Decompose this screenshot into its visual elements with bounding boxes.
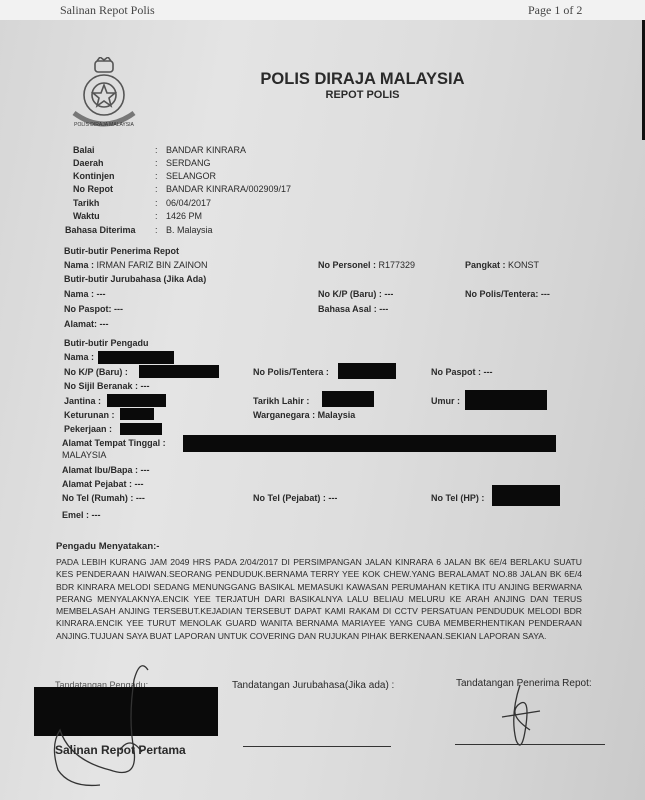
meta-colon: : (155, 211, 158, 221)
pengadu-signature-icon (30, 660, 150, 790)
meta-colon: : (155, 225, 158, 235)
complainant-pekerjaan-label: Pekerjaan : (64, 424, 112, 435)
meta-value: BANDAR KINRARA/002909/17 (166, 184, 291, 194)
interpreter-paspot: No Paspot: --- (64, 304, 123, 315)
complainant-name-label: Nama : (64, 352, 94, 363)
receiver-pangkat: Pangkat : KONST (465, 260, 539, 271)
penerima-signature-icon (500, 685, 550, 755)
redacted-tel-hp (492, 485, 560, 506)
complainant-alamat-ibubapa: Alamat Ibu/Bapa : --- (62, 465, 150, 476)
complainant-alamat-label: Alamat Tempat Tinggal : (62, 438, 166, 449)
meta-value: SERDANG (166, 158, 211, 168)
field-label: No Personel : (318, 260, 376, 270)
redacted-address (183, 435, 556, 452)
redacted-dob (322, 391, 374, 407)
meta-value: 06/04/2017 (166, 198, 211, 208)
field-label: Nama : (64, 260, 94, 270)
complainant-heading: Butir-butir Pengadu (64, 338, 149, 349)
complainant-sijil: No Sijil Beranak : --- (64, 381, 150, 392)
complainant-warganegara: Warganegara : Malaysia (253, 410, 355, 421)
complainant-tel-rumah: No Tel (Rumah) : --- (62, 493, 145, 504)
police-report-page: Salinan Repot Polis Page 1 of 2 POLIS DI… (0, 0, 645, 800)
meta-label: Kontinjen (73, 171, 115, 181)
meta-label: Tarikh (73, 198, 99, 208)
complainant-alamat-pejabat: Alamat Pejabat : --- (62, 479, 144, 490)
meta-label: Waktu (73, 211, 100, 221)
meta-value: 1426 PM (166, 211, 202, 221)
field-value: KONST (508, 260, 539, 270)
page-number: Page 1 of 2 (528, 3, 582, 18)
complainant-jantina-label: Jantina : (64, 396, 101, 407)
redacted-pekerjaan (120, 423, 162, 435)
complainant-umur-label: Umur : (431, 396, 460, 407)
redacted-keturunan (120, 408, 154, 420)
complainant-keturunan-label: Keturunan : (64, 410, 115, 421)
receiver-heading: Butir-butir Penerima Repot (64, 246, 179, 257)
redacted-kp (139, 365, 219, 378)
meta-colon: : (155, 184, 158, 194)
meta-value: SELANGOR (166, 171, 216, 181)
field-label: Pangkat : (465, 260, 506, 270)
interpreter-polis: No Polis/Tentera: --- (465, 289, 550, 300)
statement-heading: Pengadu Menyatakan:- (56, 541, 159, 552)
statement-text: PADA LEBIH KURANG JAM 2049 HRS PADA 2/04… (56, 556, 582, 642)
redacted-polis (338, 363, 396, 379)
complainant-dob-label: Tarikh Lahir : (253, 396, 309, 407)
meta-label: Daerah (73, 158, 104, 168)
interpreter-kp: No K/P (Baru) : --- (318, 289, 393, 300)
meta-colon: : (155, 198, 158, 208)
meta-value: B. Malaysia (166, 225, 213, 235)
meta-label: Bahasa Diterima (65, 225, 136, 235)
redacted-jantina (107, 394, 166, 407)
complainant-tel-pejabat: No Tel (Pejabat) : --- (253, 493, 337, 504)
svg-text:POLIS DIRAJA MALAYSIA: POLIS DIRAJA MALAYSIA (74, 122, 134, 128)
complainant-polis-label: No Polis/Tentera : (253, 367, 329, 378)
complainant-kp-label: No K/P (Baru) : (64, 367, 128, 378)
meta-colon: : (155, 158, 158, 168)
interpreter-alamat: Alamat: --- (64, 319, 109, 330)
meta-value: BANDAR KINRARA (166, 145, 246, 155)
footer-copy-label: Salinan Repot Pertama (55, 743, 186, 757)
complainant-tel-hp-label: No Tel (HP) : (431, 493, 484, 504)
interpreter-name: Nama : --- (64, 289, 106, 300)
redacted-umur (465, 390, 547, 410)
receiver-personel: No Personel : R177329 (318, 260, 415, 271)
field-value: IRMAN FARIZ BIN ZAINON (97, 260, 208, 270)
complainant-paspot: No Paspot : --- (431, 367, 493, 378)
header-copy-label: Salinan Repot Polis (60, 3, 155, 18)
page-title: POLIS DIRAJA MALAYSIA (40, 70, 645, 89)
meta-colon: : (155, 145, 158, 155)
redacted-name (98, 351, 174, 364)
interpreter-bahasa: Bahasa Asal : --- (318, 304, 388, 315)
sig-label-jurubahasa: Tandatangan Jurubahasa(Jika ada) : (232, 680, 394, 691)
interpreter-heading: Butir-butir Jurubahasa (Jika Ada) (64, 274, 206, 285)
sig-line-jurubahasa (243, 746, 391, 747)
complainant-emel: Emel : --- (62, 510, 101, 521)
page-subtitle: REPOT POLIS (40, 89, 645, 101)
meta-colon: : (155, 171, 158, 181)
complainant-alamat-country: MALAYSIA (62, 450, 106, 461)
meta-label: Balai (73, 145, 95, 155)
meta-label: No Repot (73, 184, 113, 194)
field-value: R177329 (379, 260, 416, 270)
receiver-name: Nama : IRMAN FARIZ BIN ZAINON (64, 260, 208, 271)
